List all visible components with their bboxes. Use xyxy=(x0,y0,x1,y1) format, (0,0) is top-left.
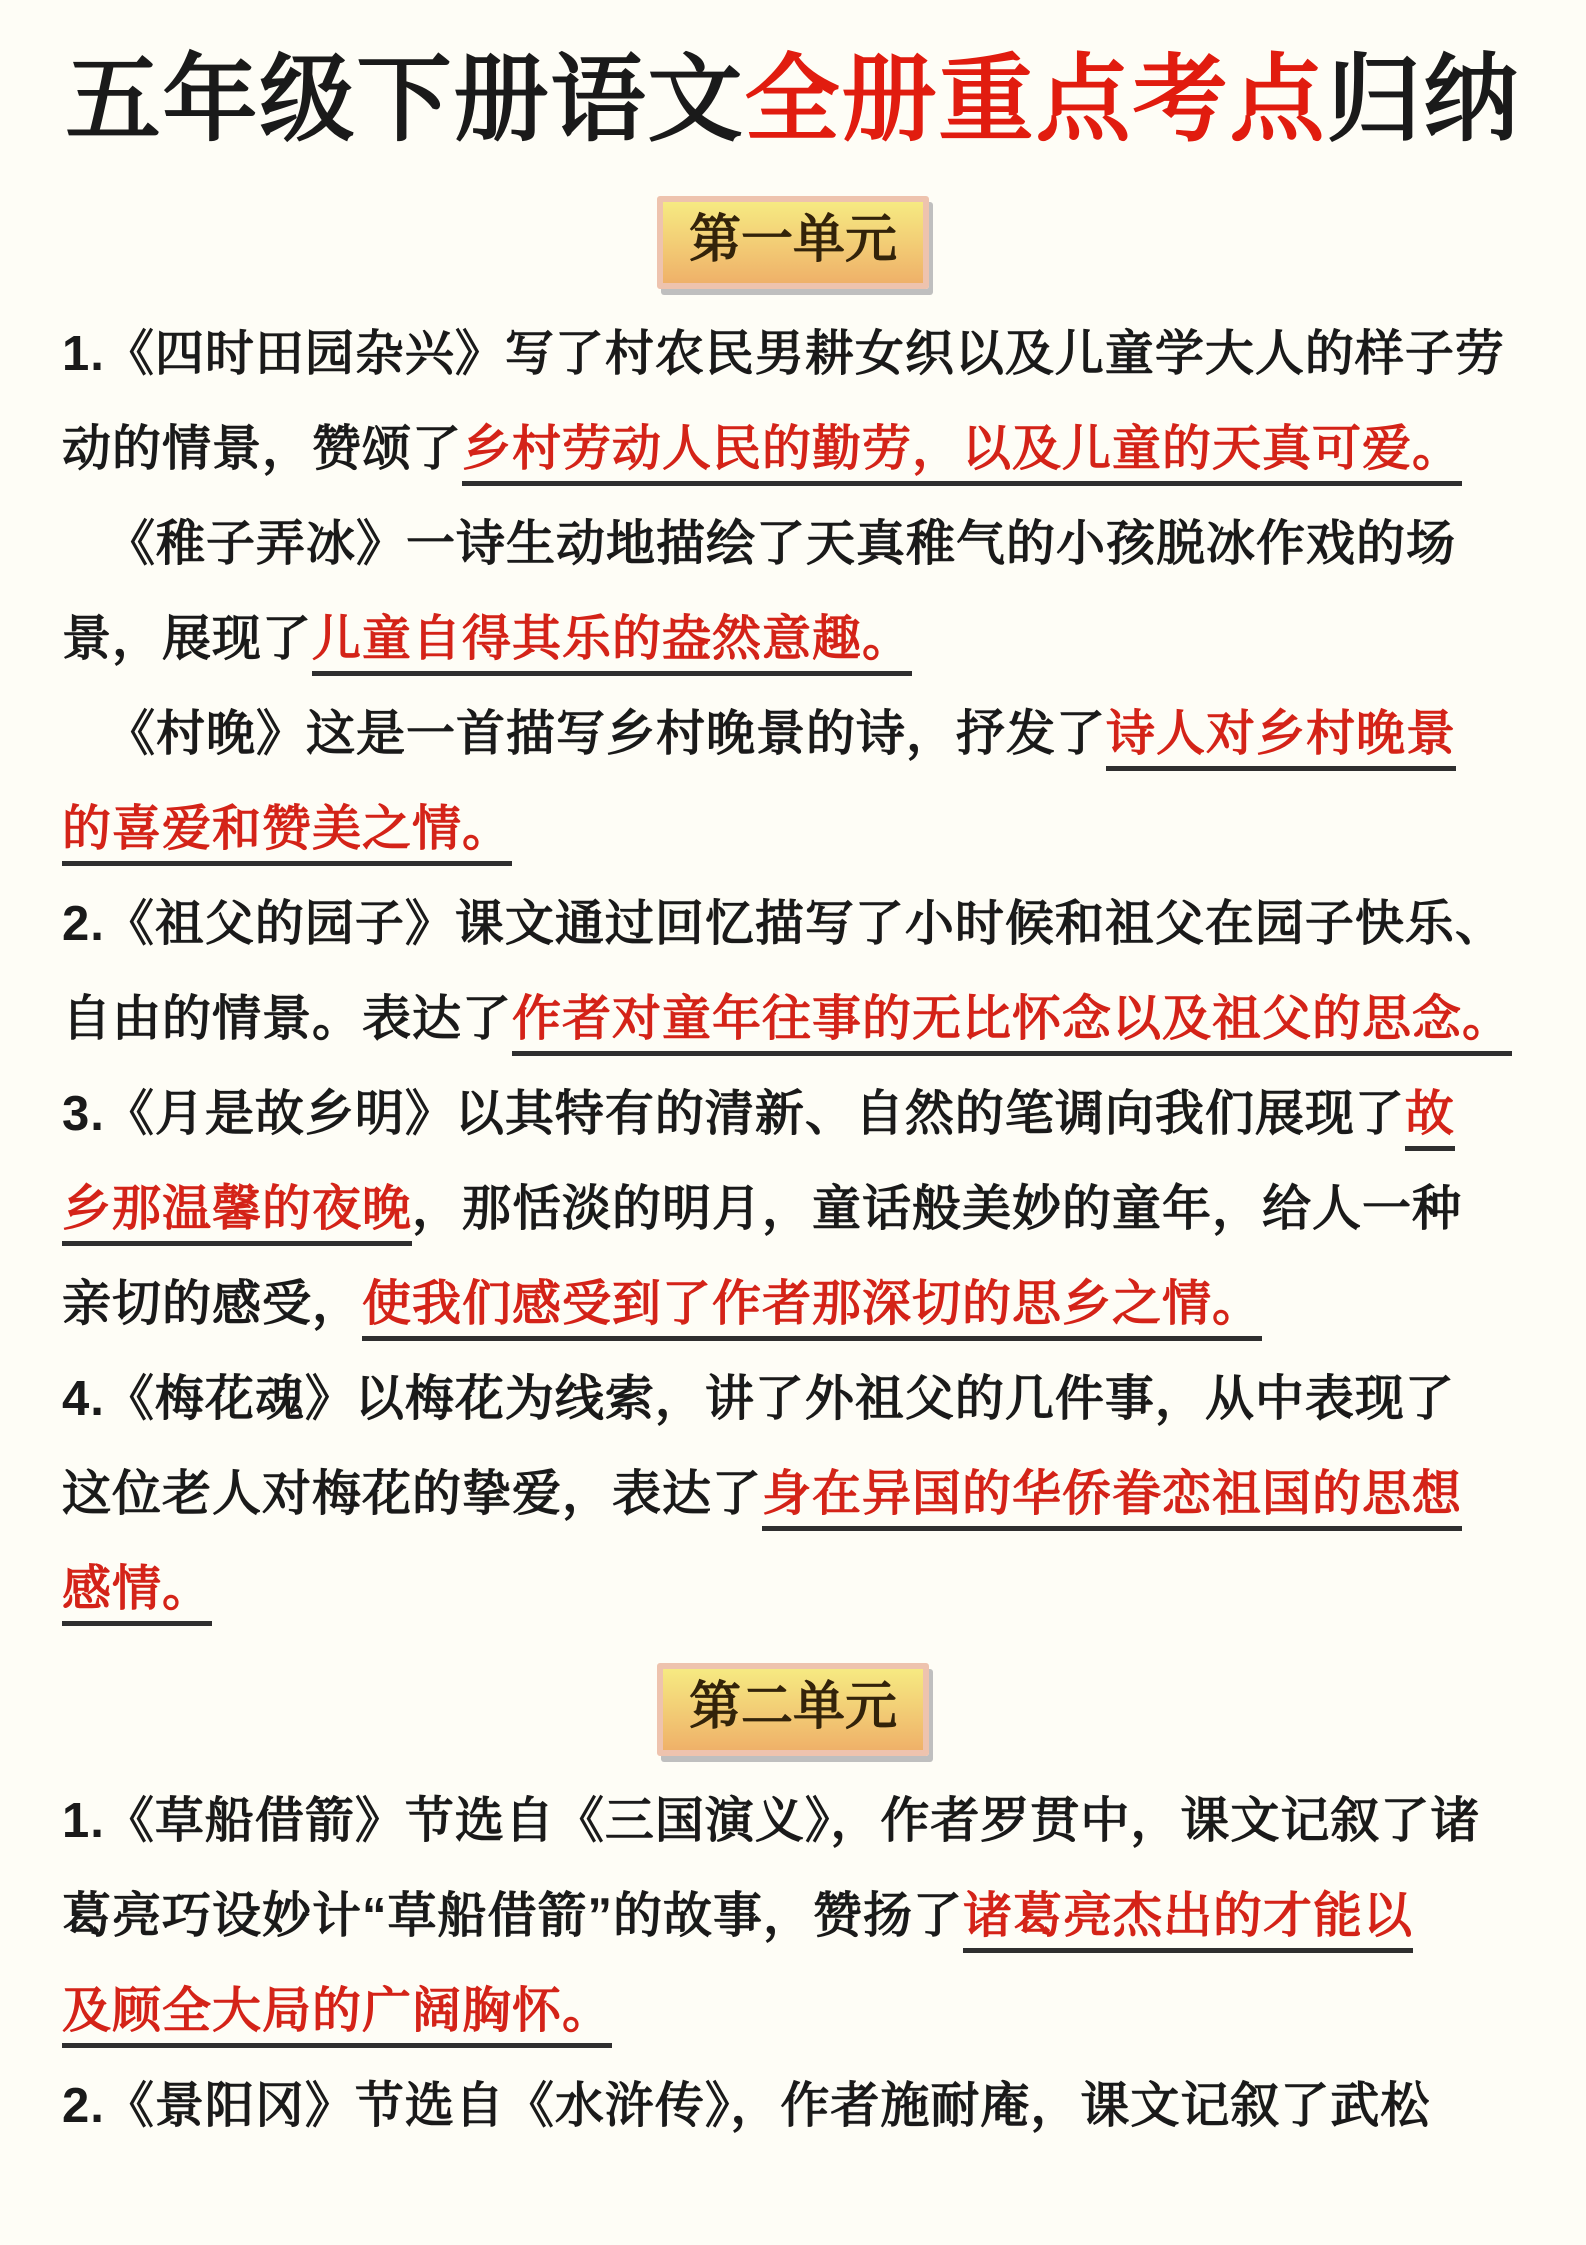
text-line: 这位老人对梅花的挚爱，表达了身在异国的华侨眷恋祖国的思想 xyxy=(62,1447,1524,1542)
unit-2-badge-row: 第二单元 xyxy=(62,1663,1524,1756)
body-text: 2.《景阳冈》节选自《水浒传》，作者施耐庵，课文记叙了武松 xyxy=(62,2079,1430,2133)
body-text: 2.《祖父的园子》课文通过回忆描写了小时候和祖父在园子快乐、 xyxy=(62,897,1505,951)
body-text: 1.《四时田园杂兴》写了村农民男耕女织以及儿童学大人的样子劳 xyxy=(62,327,1505,381)
unit-1-content: 1.《四时田园杂兴》写了村农民男耕女织以及儿童学大人的样子劳动的情景，赞颂了乡村… xyxy=(62,307,1524,1637)
highlighted-text: 诸葛亮杰出的才能以 xyxy=(963,1889,1413,1953)
highlighted-text: 儿童自得其乐的盎然意趣。 xyxy=(312,612,912,676)
title-segment: 五年级下册语文 xyxy=(65,47,744,153)
text-line: 的喜爱和赞美之情。 xyxy=(62,782,1524,877)
text-line: 1.《草船借箭》节选自《三国演义》，作者罗贯中，课文记叙了诸 xyxy=(62,1774,1524,1869)
text-line: 4.《梅花魂》以梅花为线索，讲了外祖父的几件事，从中表现了 xyxy=(62,1352,1524,1447)
text-line: 及顾全大局的广阔胸怀。 xyxy=(62,1964,1524,2059)
text-line: 1.《四时田园杂兴》写了村农民男耕女织以及儿童学大人的样子劳 xyxy=(62,307,1524,402)
title-segment-highlight: 全册重点考点 xyxy=(744,47,1326,153)
highlighted-text: 使我们感受到了作者那深切的思乡之情。 xyxy=(362,1277,1262,1341)
body-text: 亲切的感受， xyxy=(62,1277,362,1331)
highlighted-text: 乡那温馨的夜晚 xyxy=(62,1182,412,1246)
body-text: 这位老人对梅花的挚爱，表达了 xyxy=(62,1467,762,1521)
text-line: 乡那温馨的夜晚，那恬淡的明月，童话般美妙的童年，给人一种 xyxy=(62,1162,1524,1257)
body-text: 《稚子弄冰》一诗生动地描绘了天真稚气的小孩脱冰作戏的场 xyxy=(106,517,1456,571)
text-line: 《村晚》这是一首描写乡村晚景的诗，抒发了诗人对乡村晚景 xyxy=(62,687,1524,782)
body-text: 1.《草船借箭》节选自《三国演义》，作者罗贯中，课文记叙了诸 xyxy=(62,1794,1480,1848)
text-line: 《稚子弄冰》一诗生动地描绘了天真稚气的小孩脱冰作戏的场 xyxy=(62,497,1524,592)
body-text: 自由的情景。表达了 xyxy=(62,992,512,1046)
text-line: 2.《景阳冈》节选自《水浒传》，作者施耐庵，课文记叙了武松 xyxy=(62,2059,1524,2154)
text-line: 景，展现了儿童自得其乐的盎然意趣。 xyxy=(62,592,1524,687)
highlighted-text: 诗人对乡村晚景 xyxy=(1106,707,1456,771)
page-title: 五年级下册语文全册重点考点归纳 xyxy=(62,30,1524,170)
highlighted-text: 故 xyxy=(1405,1087,1455,1151)
text-line: 葛亮巧设妙计“草船借箭”的故事，赞扬了诸葛亮杰出的才能以 xyxy=(62,1869,1524,1964)
body-text: 动的情景，赞颂了 xyxy=(62,422,462,476)
highlighted-text: 的喜爱和赞美之情。 xyxy=(62,802,512,866)
body-text: 葛亮巧设妙计“草船借箭”的故事，赞扬了 xyxy=(62,1889,963,1943)
text-line: 2.《祖父的园子》课文通过回忆描写了小时候和祖父在园子快乐、 xyxy=(62,877,1524,972)
body-text: 4.《梅花魂》以梅花为线索，讲了外祖父的几件事，从中表现了 xyxy=(62,1372,1455,1426)
body-text: 3.《月是故乡明》以其特有的清新、自然的笔调向我们展现了 xyxy=(62,1087,1405,1141)
highlighted-text: 乡村劳动人民的勤劳，以及儿童的天真可爱。 xyxy=(462,422,1462,486)
highlighted-text: 作者对童年往事的无比怀念以及祖父的思念。 xyxy=(512,992,1512,1056)
unit-1-badge: 第一单元 xyxy=(657,196,929,289)
document-page: 五年级下册语文全册重点考点归纳 第一单元 1.《四时田园杂兴》写了村农民男耕女织… xyxy=(0,0,1586,2245)
highlighted-text: 及顾全大局的广阔胸怀。 xyxy=(62,1984,612,2048)
title-segment: 归纳 xyxy=(1327,47,1521,153)
highlighted-text: 感情。 xyxy=(62,1562,212,1626)
unit-2-content: 1.《草船借箭》节选自《三国演义》，作者罗贯中，课文记叙了诸葛亮巧设妙计“草船借… xyxy=(62,1774,1524,2154)
text-line: 自由的情景。表达了作者对童年往事的无比怀念以及祖父的思念。 xyxy=(62,972,1524,1067)
text-line: 亲切的感受，使我们感受到了作者那深切的思乡之情。 xyxy=(62,1257,1524,1352)
text-line: 感情。 xyxy=(62,1542,1524,1637)
body-text: 《村晚》这是一首描写乡村晚景的诗，抒发了 xyxy=(106,707,1106,761)
body-text: ，那恬淡的明月，童话般美妙的童年，给人一种 xyxy=(412,1182,1462,1236)
text-line: 3.《月是故乡明》以其特有的清新、自然的笔调向我们展现了故 xyxy=(62,1067,1524,1162)
highlighted-text: 身在异国的华侨眷恋祖国的思想 xyxy=(762,1467,1462,1531)
unit-1-badge-row: 第一单元 xyxy=(62,196,1524,289)
body-text: 景，展现了 xyxy=(62,612,312,666)
unit-2-badge: 第二单元 xyxy=(657,1663,929,1756)
text-line: 动的情景，赞颂了乡村劳动人民的勤劳，以及儿童的天真可爱。 xyxy=(62,402,1524,497)
